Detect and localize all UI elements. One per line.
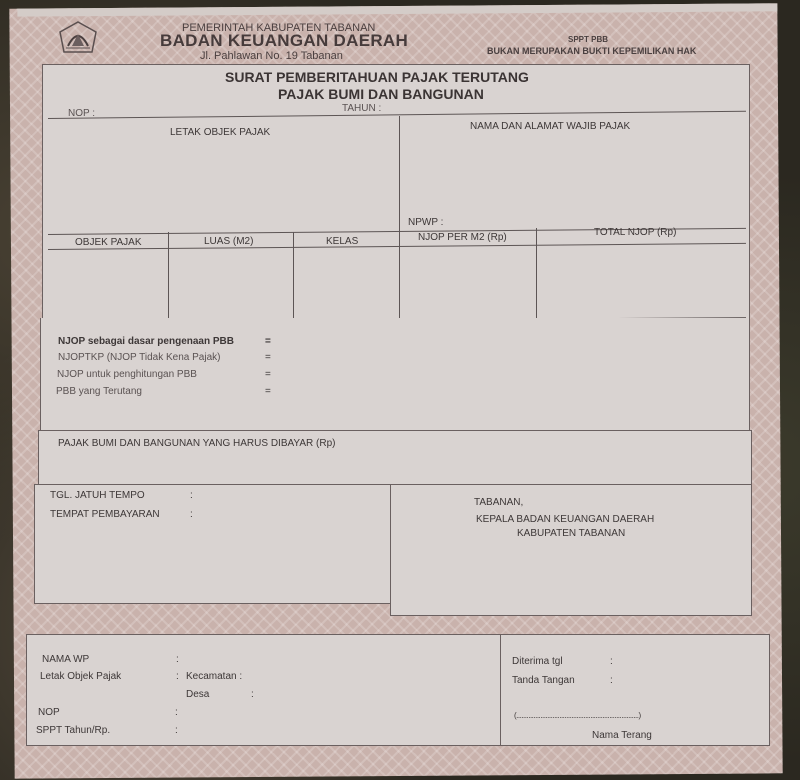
receipt-nama-wp-sep: : [176,654,179,665]
agency-address: Jl. Pahlawan No. 19 Tabanan [200,50,343,62]
receipt-signature-line[interactable]: (.......................................… [514,711,641,720]
form-title-line2: PAJAK BUMI DAN BANGUNAN [278,86,484,102]
signature-panel [390,484,752,616]
col-header-luas: LUAS (M2) [204,236,253,247]
signature-city: TABANAN, [474,497,523,508]
divider-line [536,228,537,318]
divider-line [168,232,169,322]
tahun-label: TAHUN : [342,103,381,114]
col-header-total-njop: TOTAL NJOP (Rp) [594,227,676,238]
regency-crest-icon [56,20,100,56]
due-date-label: TGL. JATUH TEMPO [50,490,145,501]
col-header-njop-per-m2: NJOP PER M2 (Rp) [418,232,507,243]
ownership-disclaimer: BUKAN MERUPAKAN BUKTI KEPEMILIKAN HAK [487,46,696,56]
document-code: SPPT PBB [568,35,608,44]
divider-line [399,116,400,318]
receipt-sppt-sep: : [175,725,178,736]
due-date-sep: : [190,490,193,501]
pbb-owed-label: PBB yang Terutang [56,386,142,397]
signatory-position: KEPALA BADAN KEUANGAN DAERAH [476,514,654,525]
taxpayer-name-address-label: NAMA DAN ALAMAT WAJIB PAJAK [470,121,630,132]
receipt-printed-name-label: Nama Terang [592,730,652,741]
payment-place-sep: : [190,509,193,520]
receipt-signature-sep: : [610,675,613,686]
col-header-kelas: KELAS [326,236,358,247]
receipt-sppt-label: SPPT Tahun/Rp. [36,725,110,736]
signatory-regency: KABUPATEN TABANAN [517,528,625,539]
receipt-letak-sep: : [176,671,179,682]
njoptkp-sep: = [265,352,271,363]
njop-basis-label: NJOP sebagai dasar pengenaan PBB [58,336,234,347]
receipt-desa-label: Desa [186,689,209,700]
object-location-label: LETAK OBJEK PAJAK [170,127,270,138]
njop-calculation-label: NJOP untuk penghitungan PBB [57,369,197,380]
receipt-kecamatan-label: Kecamatan : [186,671,242,682]
receipt-received-date-label: Diterima tgl [512,656,563,667]
njoptkp-label: NJOPTKP (NJOP Tidak Kena Pajak) [58,352,220,363]
receipt-letak-label: Letak Objek Pajak [40,671,121,682]
receipt-nop-label: NOP [38,707,60,718]
payable-amount-label: PAJAK BUMI DAN BANGUNAN YANG HARUS DIBAY… [58,438,335,449]
main-form-panel [42,64,750,328]
receipt-signature-label: Tanda Tangan [512,675,575,686]
njop-basis-sep: = [265,336,271,347]
njop-calculation-sep: = [265,369,271,380]
receipt-desa-sep: : [251,689,254,700]
payment-place-label: TEMPAT PEMBAYARAN [50,509,160,520]
payment-info-panel [34,484,392,604]
npwp-label: NPWP : [408,217,443,228]
receipt-nop-sep: : [175,707,178,718]
pbb-owed-sep: = [265,386,271,397]
form-title-line1: SURAT PEMBERITAHUAN PAJAK TERUTANG [225,69,529,85]
col-header-objek-pajak: OBJEK PAJAK [75,237,142,248]
agency-name: BADAN KEUANGAN DAERAH [160,31,408,51]
receipt-nama-wp-label: NAMA WP [42,654,89,665]
receipt-received-date-sep: : [610,656,613,667]
divider-line [293,232,294,322]
